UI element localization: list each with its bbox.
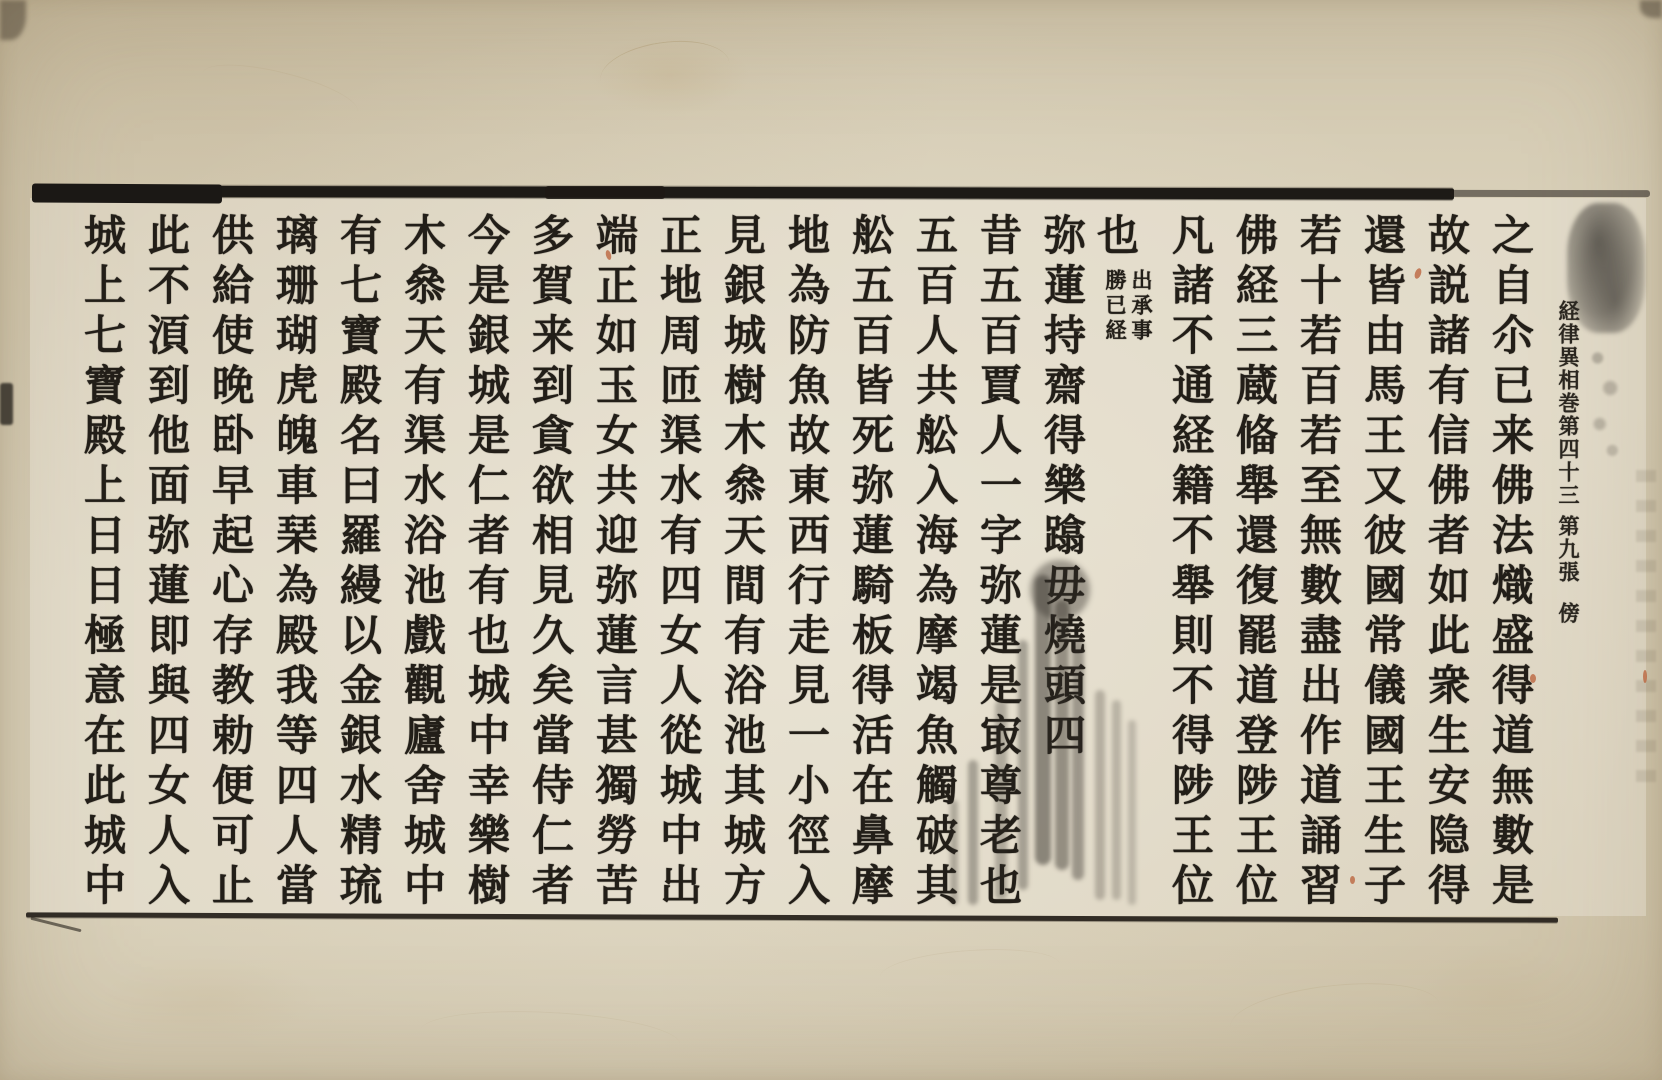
column-text: 璃珊瑚虎魄車琹為殿我等四人當: [270, 213, 319, 913]
paper-stain: [560, 20, 780, 130]
ink-smear-streak: [1035, 575, 1051, 865]
right-edge-streaks: [1636, 470, 1656, 800]
text-column-11: 舩五百皆死弥蓮騎板得活在鼻摩: [842, 213, 898, 925]
column-text: 城上七寶殿上日日極意在此城中: [78, 213, 127, 913]
text-column-14: 正地周匝渠水有四女人從城中出: [650, 213, 706, 925]
top-border-faded-tail: [1450, 190, 1650, 197]
text-column-3: 還皆由馬王又彼國常儀國王生子: [1354, 213, 1410, 925]
column-text: 見銀城樹木叅天間有浴池其城方: [718, 213, 767, 913]
column-text: 故説諸有信佛者如此衆生安隐得: [1422, 213, 1471, 913]
column-text: 端正如玉女共迎弥蓮言甚獨勞苦: [590, 213, 639, 913]
text-column-19: 有七寶殿名曰羅縵以金銀水精琉: [330, 213, 386, 925]
column-text: 供給使晚卧早起心存教勅便可止: [206, 213, 255, 913]
column-text: 之自尒已来佛法熾盛得道無數是: [1486, 213, 1535, 913]
text-column-17: 今是銀城是仁者有也城中幸樂樹: [458, 213, 514, 925]
text-column-12: 地為防魚故東西行走見一小徑入: [778, 213, 834, 925]
text-columns: 之自尒已来佛法熾盛得道無數是故説諸有信佛者如此衆生安隐得還皆由馬王又彼國常儀國王…: [0, 213, 1662, 925]
column-text: 此不湏到他面弥蓮即與四女人入: [142, 213, 191, 913]
woodblock-print-page: 経律異相巻第四十三第九張傍 之自尒已来佛法熾盛得道無數是故説諸有信佛者如此衆生安…: [0, 0, 1662, 1080]
ink-speck-patch: [1585, 340, 1627, 460]
text-column-21: 供給使晚卧早起心存教勅便可止: [202, 213, 258, 925]
column-text: 多賀来到貪欲相見久矣當侍仁者: [526, 213, 575, 913]
paper-fiber: [419, 1005, 681, 1070]
text-column-4: 若十若百若至無數盡出作道誦習: [1290, 213, 1346, 925]
corner-shadow: [0, 0, 26, 40]
citation-note: 出承事勝已経: [1102, 269, 1154, 344]
paper-stain: [1380, 930, 1620, 1060]
text-column-22: 此不湏到他面弥蓮即與四女人入: [138, 213, 194, 925]
ink-smear-streak: [1018, 640, 1028, 890]
paper-fiber: [197, 53, 362, 131]
text-column-5: 佛経三蔵偹舉還復罷道登陟王位: [1226, 213, 1282, 925]
left-edge-ink-mark: [0, 383, 13, 425]
text-column-16: 多賀来到貪欲相見久矣當侍仁者: [522, 213, 578, 925]
top-border-ink-blob: [545, 186, 665, 199]
column-text: 木叅天有渠水浴池戲觀廬舍城中: [398, 213, 447, 913]
ink-smear-streak: [1072, 640, 1084, 880]
red-fleck: [1643, 670, 1647, 683]
text-column-6: 凡諸不通経籍不舉則不得陟王位: [1162, 213, 1218, 925]
ink-smear-streak: [1055, 600, 1069, 870]
corner-shadow: [1640, 0, 1662, 18]
column-text: 凡諸不通経籍不舉則不得陟王位: [1166, 213, 1215, 913]
column-text: 佛経三蔵偹舉還復罷道登陟王位: [1230, 213, 1279, 913]
text-column-18: 木叅天有渠水浴池戲觀廬舍城中: [394, 213, 450, 925]
ink-smudge-blob: [1567, 203, 1645, 333]
column-text: 有七寶殿名曰羅縵以金銀水精琉: [334, 213, 383, 913]
paper-stain: [60, 940, 360, 1060]
column-text: 正地周匝渠水有四女人從城中出: [654, 213, 703, 913]
paper-fiber: [879, 944, 1061, 997]
text-column-20: 璃珊瑚虎魄車琹為殿我等四人當: [266, 213, 322, 925]
ink-smear-streak: [1095, 690, 1105, 900]
text-column-23: 城上七寶殿上日日極意在此城中: [74, 213, 130, 925]
red-fleck: [1350, 876, 1355, 884]
ink-smear-streak: [1128, 720, 1136, 905]
text-column-15: 端正如玉女共迎弥蓮言甚獨勞苦: [586, 213, 642, 925]
ink-smear-streak: [995, 700, 1007, 900]
red-fleck: [1530, 674, 1536, 683]
text-column-1: 之自尒已来佛法熾盛得道無數是: [1482, 213, 1538, 925]
ink-smear-streak: [1112, 700, 1121, 900]
citation-note-column: 出承事: [1128, 269, 1154, 344]
column-text: 若十若百若至無數盡出作道誦習: [1294, 213, 1343, 913]
top-border-heavy-end: [32, 184, 222, 204]
text-column-2: 故説諸有信佛者如此衆生安隐得: [1418, 213, 1474, 925]
ink-smear-streak: [968, 760, 978, 905]
column-text: 還皆由馬王又彼國常儀國王生子: [1358, 213, 1407, 913]
column-text: 舩五百皆死弥蓮騎板得活在鼻摩: [846, 213, 895, 913]
text-column-7: 也出承事勝已経: [1098, 213, 1154, 925]
text-column-13: 見銀城樹木叅天間有浴池其城方: [714, 213, 770, 925]
citation-note-column: 勝已経: [1102, 269, 1128, 344]
column-text: 今是銀城是仁者有也城中幸樂樹: [462, 213, 511, 913]
ink-smear-streak: [950, 800, 958, 905]
column-text: 也: [1091, 213, 1140, 263]
column-text: 地為防魚故東西行走見一小徑入: [782, 213, 831, 913]
